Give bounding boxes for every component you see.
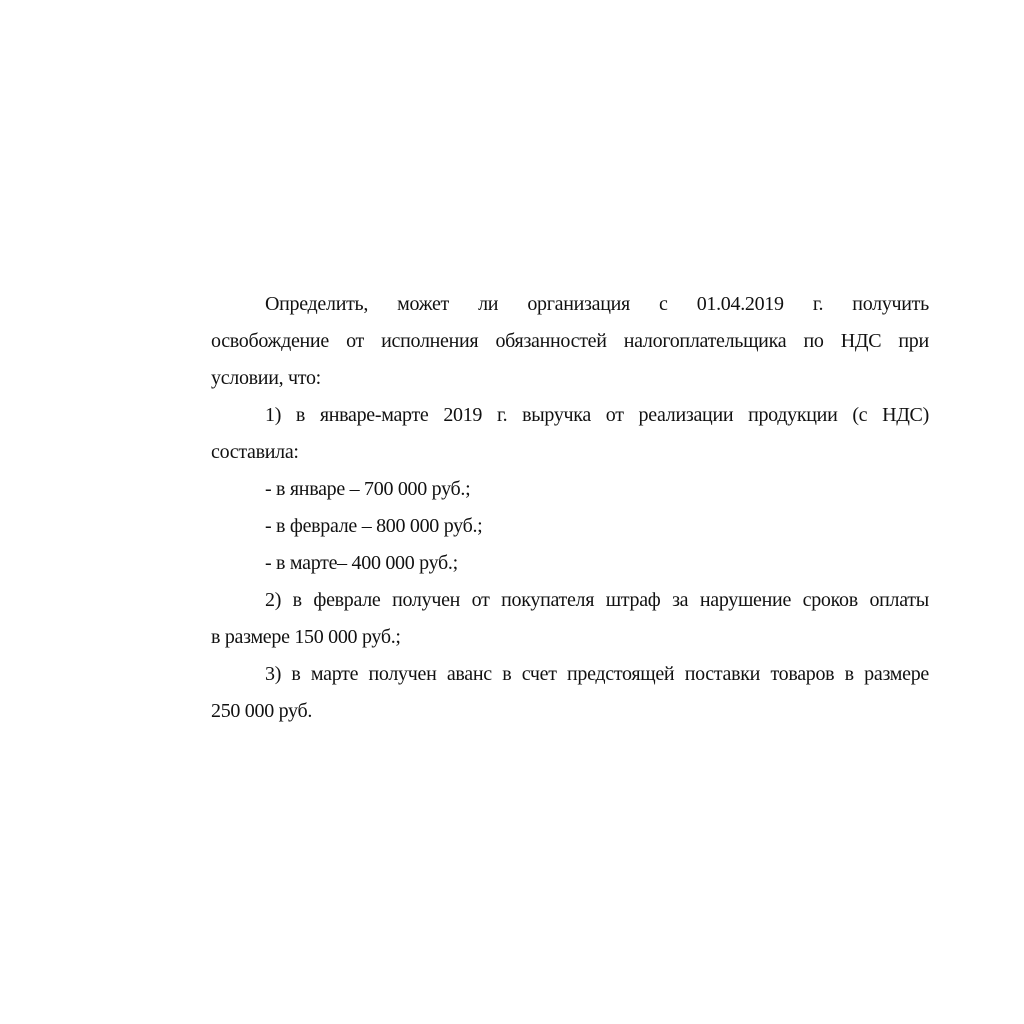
revenue-item-february: - в феврале – 800 000 руб.; [211,511,929,548]
intro-line-3: условии, что: [211,363,929,400]
condition-3-line-2: 250 000 руб. [211,696,929,733]
condition-1-paragraph: 1)вянваре-марте2019г.выручкаотреализации… [211,400,929,474]
condition-2-line-2: в размере 150 000 руб.; [211,622,929,659]
word: 2) [265,585,281,622]
word: в [296,400,305,437]
word: НДС) [882,400,929,437]
word: Определить, [265,289,368,326]
word: оплаты [869,585,928,622]
revenue-item-text: - в феврале – 800 000 руб.; [265,515,482,537]
word: предстоящей [567,659,674,696]
word: товаров [770,659,834,696]
word: январе-марте [320,400,429,437]
document-page: Определить,можетлиорганизацияс01.04.2019… [211,289,929,733]
word: в [845,659,854,696]
word: г. [497,400,507,437]
condition-3-line-1: 3)вмартеполученавансвсчетпредстоящейпост… [211,659,929,696]
word: НДС [841,326,882,363]
revenue-item-text: - в январе – 700 000 руб.; [265,478,470,500]
word: нарушение [700,585,791,622]
word: покупателя [501,585,594,622]
word: в [291,659,300,696]
word: получен [392,585,460,622]
revenue-item-january: - в январе – 700 000 руб.; [211,474,929,511]
word: организация [527,289,630,326]
word: в [502,659,511,696]
revenue-item-march: - в марте– 400 000 руб.; [211,548,929,585]
word: при [898,326,929,363]
condition-2-line-2-text: в размере 150 000 руб.; [211,626,401,648]
word: штраф [606,585,661,622]
word: 2019 [443,400,482,437]
word: феврале [313,585,380,622]
word: получить [852,289,929,326]
intro-paragraph: Определить,можетлиорганизацияс01.04.2019… [211,289,929,400]
word: от [472,585,490,622]
condition-3-line-2-text: 250 000 руб. [211,700,312,722]
word: г. [813,289,823,326]
intro-line-3-text: условии, что: [211,367,321,389]
revenue-list: - в январе – 700 000 руб.; - в феврале –… [211,474,929,585]
word: освобождение [211,326,329,363]
condition-2-line-1: 2)вфевралеполученотпокупателяштрафзанару… [211,585,929,622]
word: (с [852,400,867,437]
word: аванс [447,659,492,696]
intro-line-1: Определить,можетлиорганизацияс01.04.2019… [211,289,929,326]
condition-1-line-1: 1)вянваре-марте2019г.выручкаотреализации… [211,400,929,437]
word: сроков [803,585,858,622]
word: от [346,326,364,363]
word: может [397,289,449,326]
word: в [293,585,302,622]
word: марте [311,659,358,696]
condition-3-paragraph: 3)вмартеполученавансвсчетпредстоящейпост… [211,659,929,733]
word: обязанностей [495,326,606,363]
revenue-item-text: - в марте– 400 000 руб.; [265,552,458,574]
word: реализации [639,400,734,437]
word: счет [522,659,557,696]
word: 3) [265,659,281,696]
word: по [803,326,823,363]
intro-line-2: освобождениеотисполненияобязанностейнало… [211,326,929,363]
condition-2-paragraph: 2)вфевралеполученотпокупателяштрафзанару… [211,585,929,659]
condition-1-line-2: составила: [211,437,929,474]
condition-1-line-2-text: составила: [211,441,299,463]
word: продукции [748,400,837,437]
word: получен [369,659,437,696]
word: ли [478,289,498,326]
word: налогоплательщика [624,326,787,363]
word: с [659,289,668,326]
word: за [672,585,688,622]
word: от [606,400,624,437]
word: 1) [265,400,281,437]
word: выручка [522,400,591,437]
word: размере [864,659,929,696]
word: 01.04.2019 [697,289,784,326]
word: поставки [685,659,760,696]
word: исполнения [381,326,478,363]
